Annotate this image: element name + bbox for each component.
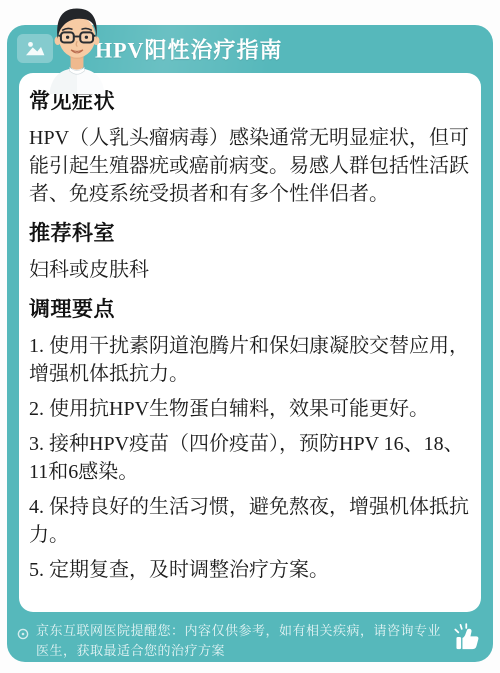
care-step-4: 4. 保持良好的生活习惯，避免熬夜，增强机体抵抗力。 (29, 493, 471, 549)
symptoms-paragraph: HPV（人乳头瘤病毒）感染通常无明显症状，但可能引起生殖器疣或癌前病变。易感人群… (29, 124, 471, 208)
department-paragraph: 妇科或皮肤科 (29, 256, 471, 284)
doctor-3d-avatar (31, 1, 123, 95)
care-step-5: 5. 定期复查，及时调整治疗方案。 (29, 556, 471, 584)
thumbs-up-icon[interactable] (453, 622, 483, 657)
care-step-2: 2. 使用抗HPV生物蛋白辅料，效果可能更好。 (29, 395, 471, 423)
hpv-guide-card: HPV阳性治疗指南 常见症状 HPV（人乳头瘤病毒）感染通常无明显症状，但可能引… (0, 0, 500, 673)
page-title: HPV阳性治疗指南 (95, 34, 282, 65)
care-step-1: 1. 使用干扰素阴道泡腾片和保妇康凝胶交替应用，增强机体抵抗力。 (29, 332, 471, 388)
footer-disclaimer: 京东互联网医院提醒您：内容仅供参考，如有相关疾病，请咨询专业医生，获取最适合您的… (36, 621, 446, 661)
info-circle-icon (17, 627, 29, 645)
section-heading-department: 推荐科室 (29, 217, 471, 247)
section-heading-care-points: 调理要点 (29, 293, 471, 323)
care-step-3: 3. 接种HPV疫苗（四价疫苗），预防HPV 16、18、11和6感染。 (29, 430, 471, 486)
content-card: 常见症状 HPV（人乳头瘤病毒）感染通常无明显症状，但可能引起生殖器疣或癌前病变… (19, 73, 481, 612)
teal-frame: HPV阳性治疗指南 常见症状 HPV（人乳头瘤病毒）感染通常无明显症状，但可能引… (7, 25, 493, 662)
footer-bar: 京东互联网医院提醒您：内容仅供参考，如有相关疾病，请咨询专业医生，获取最适合您的… (7, 612, 493, 662)
